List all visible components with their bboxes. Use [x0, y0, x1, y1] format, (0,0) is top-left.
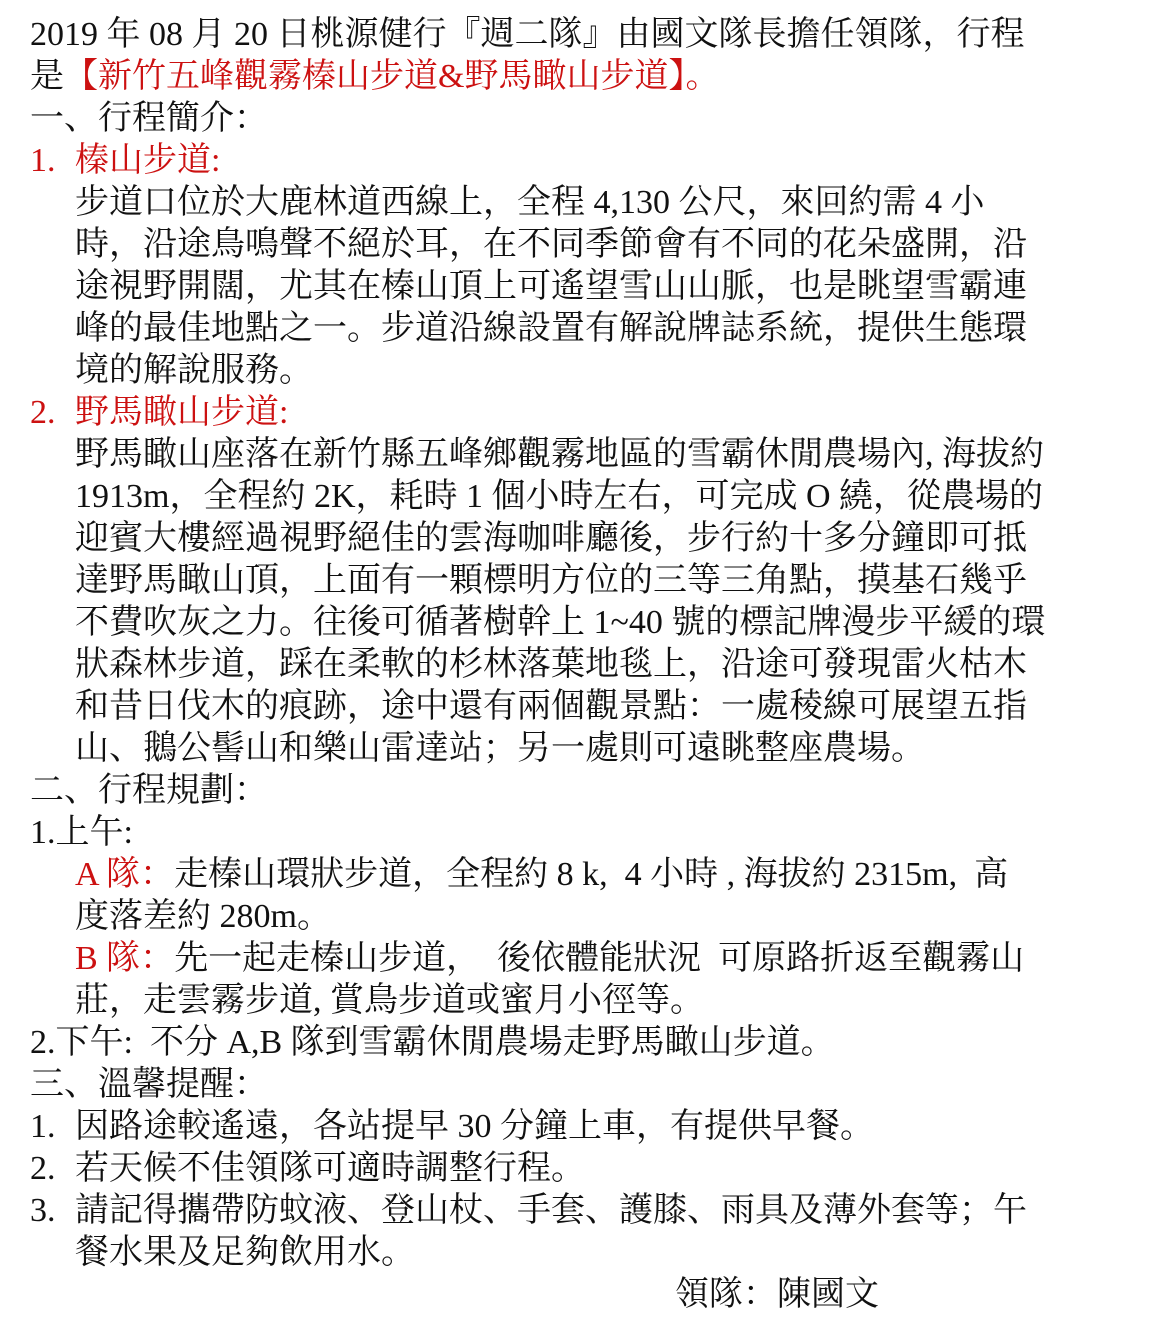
document-page: 2019 年 08 月 20 日桃源健行『週二隊』由國文隊長擔任領隊，行程是【新…	[0, 0, 1152, 1344]
text-line: 是【新竹五峰觀霧榛山步道&野馬瞰山步道】。	[30, 56, 1122, 98]
text-segment: 先一起走榛山步道， 後依體能狀況 可原路折返至觀霧山	[174, 940, 1024, 977]
text-line: 不費吹灰之力。往後可循著樹幹上 1~40 號的標記牌漫步平緩的環	[30, 602, 1122, 644]
text-line: 山、鵝公髻山和樂山雷達站；另一處則可遠眺整座農場。	[30, 728, 1122, 770]
text-line: 2.野馬瞰山步道:	[30, 392, 1122, 434]
text-segment: 迎賓大樓經過視野絕佳的雲海咖啡廳後，步行約十多分鐘即可抵	[75, 520, 1027, 557]
text-segment: 境的解說服務。	[75, 352, 313, 389]
text-line: 領隊：陳國文	[675, 1274, 1122, 1316]
text-line: 狀森林步道，踩在柔軟的杉林落葉地毯上，沿途可發現雷火枯木	[30, 644, 1122, 686]
text-line: B 隊：先一起走榛山步道， 後依體能狀況 可原路折返至觀霧山	[30, 938, 1122, 980]
list-marker: 2.	[30, 1148, 75, 1190]
text-segment: 二、行程規劃：	[30, 772, 268, 809]
text-segment: 和昔日伐木的痕跡，途中還有兩個觀景點：一處稜線可展望五指	[75, 688, 1027, 725]
text-line: 1.上午:	[30, 812, 1122, 854]
text-segment: 度落差約 280m。	[75, 898, 331, 935]
text-segment: 野馬瞰山座落在新竹縣五峰鄉觀霧地區的雪霸休閒農場內, 海拔約	[75, 436, 1044, 473]
text-segment: 1.上午:	[30, 814, 133, 851]
text-segment: 是	[30, 58, 64, 95]
text-line: 度落差約 280m。	[30, 896, 1122, 938]
text-line: 境的解說服務。	[30, 350, 1122, 392]
text-segment: 莊，走雲霧步道, 賞鳥步道或蜜月小徑等。	[75, 982, 704, 1019]
text-segment: B 隊：	[75, 940, 174, 977]
text-line: 時，沿途鳥鳴聲不絕於耳，在不同季節會有不同的花朵盛開，沿	[30, 224, 1122, 266]
text-segment: 2019 年 08 月 20 日桃源健行『週二隊』由國文隊長擔任領隊，行程	[30, 16, 1025, 53]
text-line: 1.因路途較遙遠，各站提早 30 分鐘上車，有提供早餐。	[30, 1106, 1122, 1148]
text-segment: 請記得攜帶防蚊液、登山杖、手套、護膝、雨具及薄外套等；午	[75, 1192, 1027, 1229]
list-marker: 3.	[30, 1190, 75, 1232]
text-segment: 1913m，全程約 2K，耗時 1 個小時左右，可完成 O 繞，從農場的	[75, 478, 1043, 515]
text-segment: 峰的最佳地點之一。步道沿線設置有解說牌誌系統，提供生態環	[75, 310, 1027, 347]
text-line: 和昔日伐木的痕跡，途中還有兩個觀景點：一處稜線可展望五指	[30, 686, 1122, 728]
text-segment: 時，沿途鳥鳴聲不絕於耳，在不同季節會有不同的花朵盛開，沿	[75, 226, 1027, 263]
text-line: 2019 年 08 月 20 日桃源健行『週二隊』由國文隊長擔任領隊，行程	[30, 14, 1122, 56]
text-segment: 2.下午: 不分 A,B 隊到雪霸休閒農場走野馬瞰山步道。	[30, 1024, 835, 1061]
text-segment: A 隊：	[75, 856, 174, 893]
text-segment: 步道口位於大鹿林道西線上，全程 4,130 公尺，來回約需 4 小	[75, 184, 985, 221]
text-segment: 不費吹灰之力。往後可循著樹幹上 1~40 號的標記牌漫步平緩的環	[75, 604, 1045, 641]
list-marker: 1.	[30, 1106, 75, 1148]
text-segment: 走榛山環狀步道，全程約 8 k, 4 小時 , 海拔約 2315m, 高	[174, 856, 1008, 893]
text-line: 野馬瞰山座落在新竹縣五峰鄉觀霧地區的雪霸休閒農場內, 海拔約	[30, 434, 1122, 476]
text-line: 3.請記得攜帶防蚊液、登山杖、手套、護膝、雨具及薄外套等；午	[30, 1190, 1122, 1232]
list-marker: 2.	[30, 392, 75, 434]
text-line: A 隊：走榛山環狀步道，全程約 8 k, 4 小時 , 海拔約 2315m, 高	[30, 854, 1122, 896]
text-line: 達野馬瞰山頂，上面有一顆標明方位的三等三角點，摸基石幾乎	[30, 560, 1122, 602]
text-segment: 餐水果及足夠飲用水。	[75, 1234, 415, 1271]
text-line: 二、行程規劃：	[30, 770, 1122, 812]
text-segment: 【新竹五峰觀霧榛山步道&野馬瞰山步道】。	[64, 58, 719, 95]
text-line: 峰的最佳地點之一。步道沿線設置有解說牌誌系統，提供生態環	[30, 308, 1122, 350]
text-segment: 榛山步道:	[75, 142, 220, 179]
text-segment: 因路途較遙遠，各站提早 30 分鐘上車，有提供早餐。	[75, 1108, 874, 1145]
text-segment: 野馬瞰山步道:	[75, 394, 288, 431]
text-segment: 狀森林步道，踩在柔軟的杉林落葉地毯上，沿途可發現雷火枯木	[75, 646, 1027, 683]
text-segment: 三、溫馨提醒：	[30, 1066, 268, 1103]
text-line: 步道口位於大鹿林道西線上，全程 4,130 公尺，來回約需 4 小	[30, 182, 1122, 224]
text-line: 1.榛山步道:	[30, 140, 1122, 182]
text-line: 迎賓大樓經過視野絕佳的雲海咖啡廳後，步行約十多分鐘即可抵	[30, 518, 1122, 560]
text-line: 1913m，全程約 2K，耗時 1 個小時左右，可完成 O 繞，從農場的	[30, 476, 1122, 518]
text-line: 餐水果及足夠飲用水。	[30, 1232, 1122, 1274]
text-line: 2.下午: 不分 A,B 隊到雪霸休閒農場走野馬瞰山步道。	[30, 1022, 1122, 1064]
text-segment: 途視野開闊，尤其在榛山頂上可遙望雪山山脈，也是眺望雪霸連	[75, 268, 1027, 305]
text-line: 2.若天候不佳領隊可適時調整行程。	[30, 1148, 1122, 1190]
text-segment: 一、行程簡介：	[30, 100, 268, 137]
text-segment: 達野馬瞰山頂，上面有一顆標明方位的三等三角點，摸基石幾乎	[75, 562, 1027, 599]
text-line: 三、溫馨提醒：	[30, 1064, 1122, 1106]
text-segment: 山、鵝公髻山和樂山雷達站；另一處則可遠眺整座農場。	[75, 730, 925, 767]
text-segment: 若天候不佳領隊可適時調整行程。	[75, 1150, 585, 1187]
text-line: 途視野開闊，尤其在榛山頂上可遙望雪山山脈，也是眺望雪霸連	[30, 266, 1122, 308]
list-marker: 1.	[30, 140, 75, 182]
text-line: 一、行程簡介：	[30, 98, 1122, 140]
text-segment: 領隊：陳國文	[675, 1276, 879, 1313]
text-line: 莊，走雲霧步道, 賞鳥步道或蜜月小徑等。	[30, 980, 1122, 1022]
